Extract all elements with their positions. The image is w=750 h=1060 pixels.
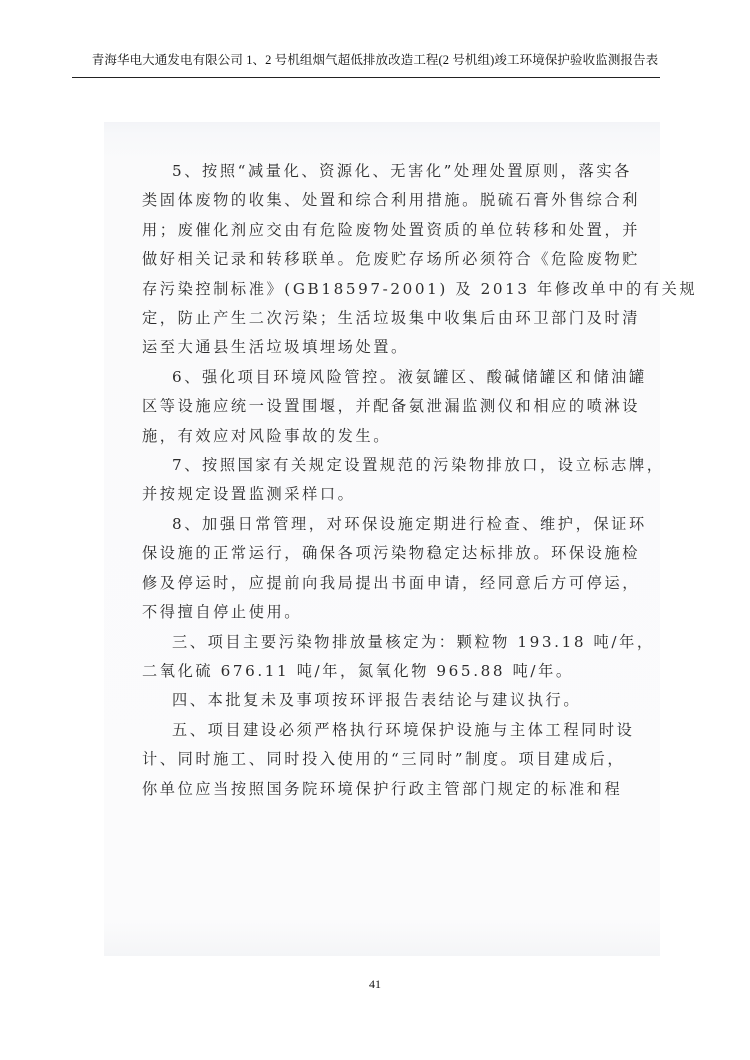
text-line: 并按规定设置监测采样口。 — [142, 480, 622, 509]
text-line: 你单位应当按照国务院环境保护行政主管部门规定的标准和程 — [142, 775, 622, 804]
document-header-title: 青海华电大通发电有限公司 1、2 号机组烟气超低排放改造工程(2 号机组)竣工环… — [0, 50, 750, 68]
paragraph-section-5: 五、项目建设必须严格执行环境保护设施与主体工程同时设 计、同时施工、同时投入使用… — [142, 716, 622, 804]
text-line: 做好相关记录和转移联单。危废贮存场所必须符合《危险废物贮 — [142, 245, 622, 274]
paragraph-section-3-emissions: 三、项目主要污染物排放量核定为：颗粒物 193.18 吨/年， 二氧化硫 676… — [142, 628, 622, 687]
document-body: 5、按照“减量化、资源化、无害化”处理处置原则，落实各 类固体废物的收集、处置和… — [142, 157, 622, 804]
text-line: 三、项目主要污染物排放量核定为：颗粒物 193.18 吨/年， — [142, 628, 622, 657]
text-line: 二氧化硫 676.11 吨/年，氮氧化物 965.88 吨/年。 — [142, 657, 622, 686]
text-line: 存污染控制标准》(GB18597-2001) 及 2013 年修改单中的有关规 — [142, 275, 622, 304]
paragraph-item-6: 6、强化项目环境风险管控。液氨罐区、酸碱储罐区和储油罐 区等设施应统一设置围堰，… — [142, 363, 622, 451]
text-line: 区等设施应统一设置围堰，并配备氨泄漏监测仪和相应的喷淋设 — [142, 392, 622, 421]
text-line: 类固体废物的收集、处置和综合利用措施。脱硫石膏外售综合利 — [142, 186, 622, 215]
text-line: 5、按照“减量化、资源化、无害化”处理处置原则，落实各 — [142, 157, 622, 186]
text-line: 6、强化项目环境风险管控。液氨罐区、酸碱储罐区和储油罐 — [142, 363, 622, 392]
page-number: 41 — [0, 977, 750, 992]
text-line: 不得擅自停止使用。 — [142, 598, 622, 627]
text-line: 四、本批复未及事项按环评报告表结论与建议执行。 — [142, 686, 622, 715]
text-line: 保设施的正常运行，确保各项污染物稳定达标排放。环保设施检 — [142, 539, 622, 568]
header-divider — [72, 77, 660, 78]
text-line: 计、同时施工、同时投入使用的“三同时”制度。项目建成后， — [142, 745, 622, 774]
paragraph-item-5: 5、按照“减量化、资源化、无害化”处理处置原则，落实各 类固体废物的收集、处置和… — [142, 157, 622, 363]
text-line: 五、项目建设必须严格执行环境保护设施与主体工程同时设 — [142, 716, 622, 745]
text-line: 7、按照国家有关规定设置规范的污染物排放口，设立标志牌， — [142, 451, 622, 480]
text-line: 运至大通县生活垃圾填埋场处置。 — [142, 333, 622, 362]
text-line: 用；废催化剂应交由有危险废物处置资质的单位转移和处置，并 — [142, 216, 622, 245]
text-line: 施，有效应对风险事故的发生。 — [142, 422, 622, 451]
text-line: 定，防止产生二次污染；生活垃圾集中收集后由环卫部门及时清 — [142, 304, 622, 333]
paragraph-section-4: 四、本批复未及事项按环评报告表结论与建议执行。 — [142, 686, 622, 715]
paragraph-item-7: 7、按照国家有关规定设置规范的污染物排放口，设立标志牌， 并按规定设置监测采样口… — [142, 451, 622, 510]
text-line: 修及停运时，应提前向我局提出书面申请，经同意后方可停运， — [142, 569, 622, 598]
paragraph-item-8: 8、加强日常管理，对环保设施定期进行检查、维护，保证环 保设施的正常运行，确保各… — [142, 510, 622, 628]
text-line: 8、加强日常管理，对环保设施定期进行检查、维护，保证环 — [142, 510, 622, 539]
